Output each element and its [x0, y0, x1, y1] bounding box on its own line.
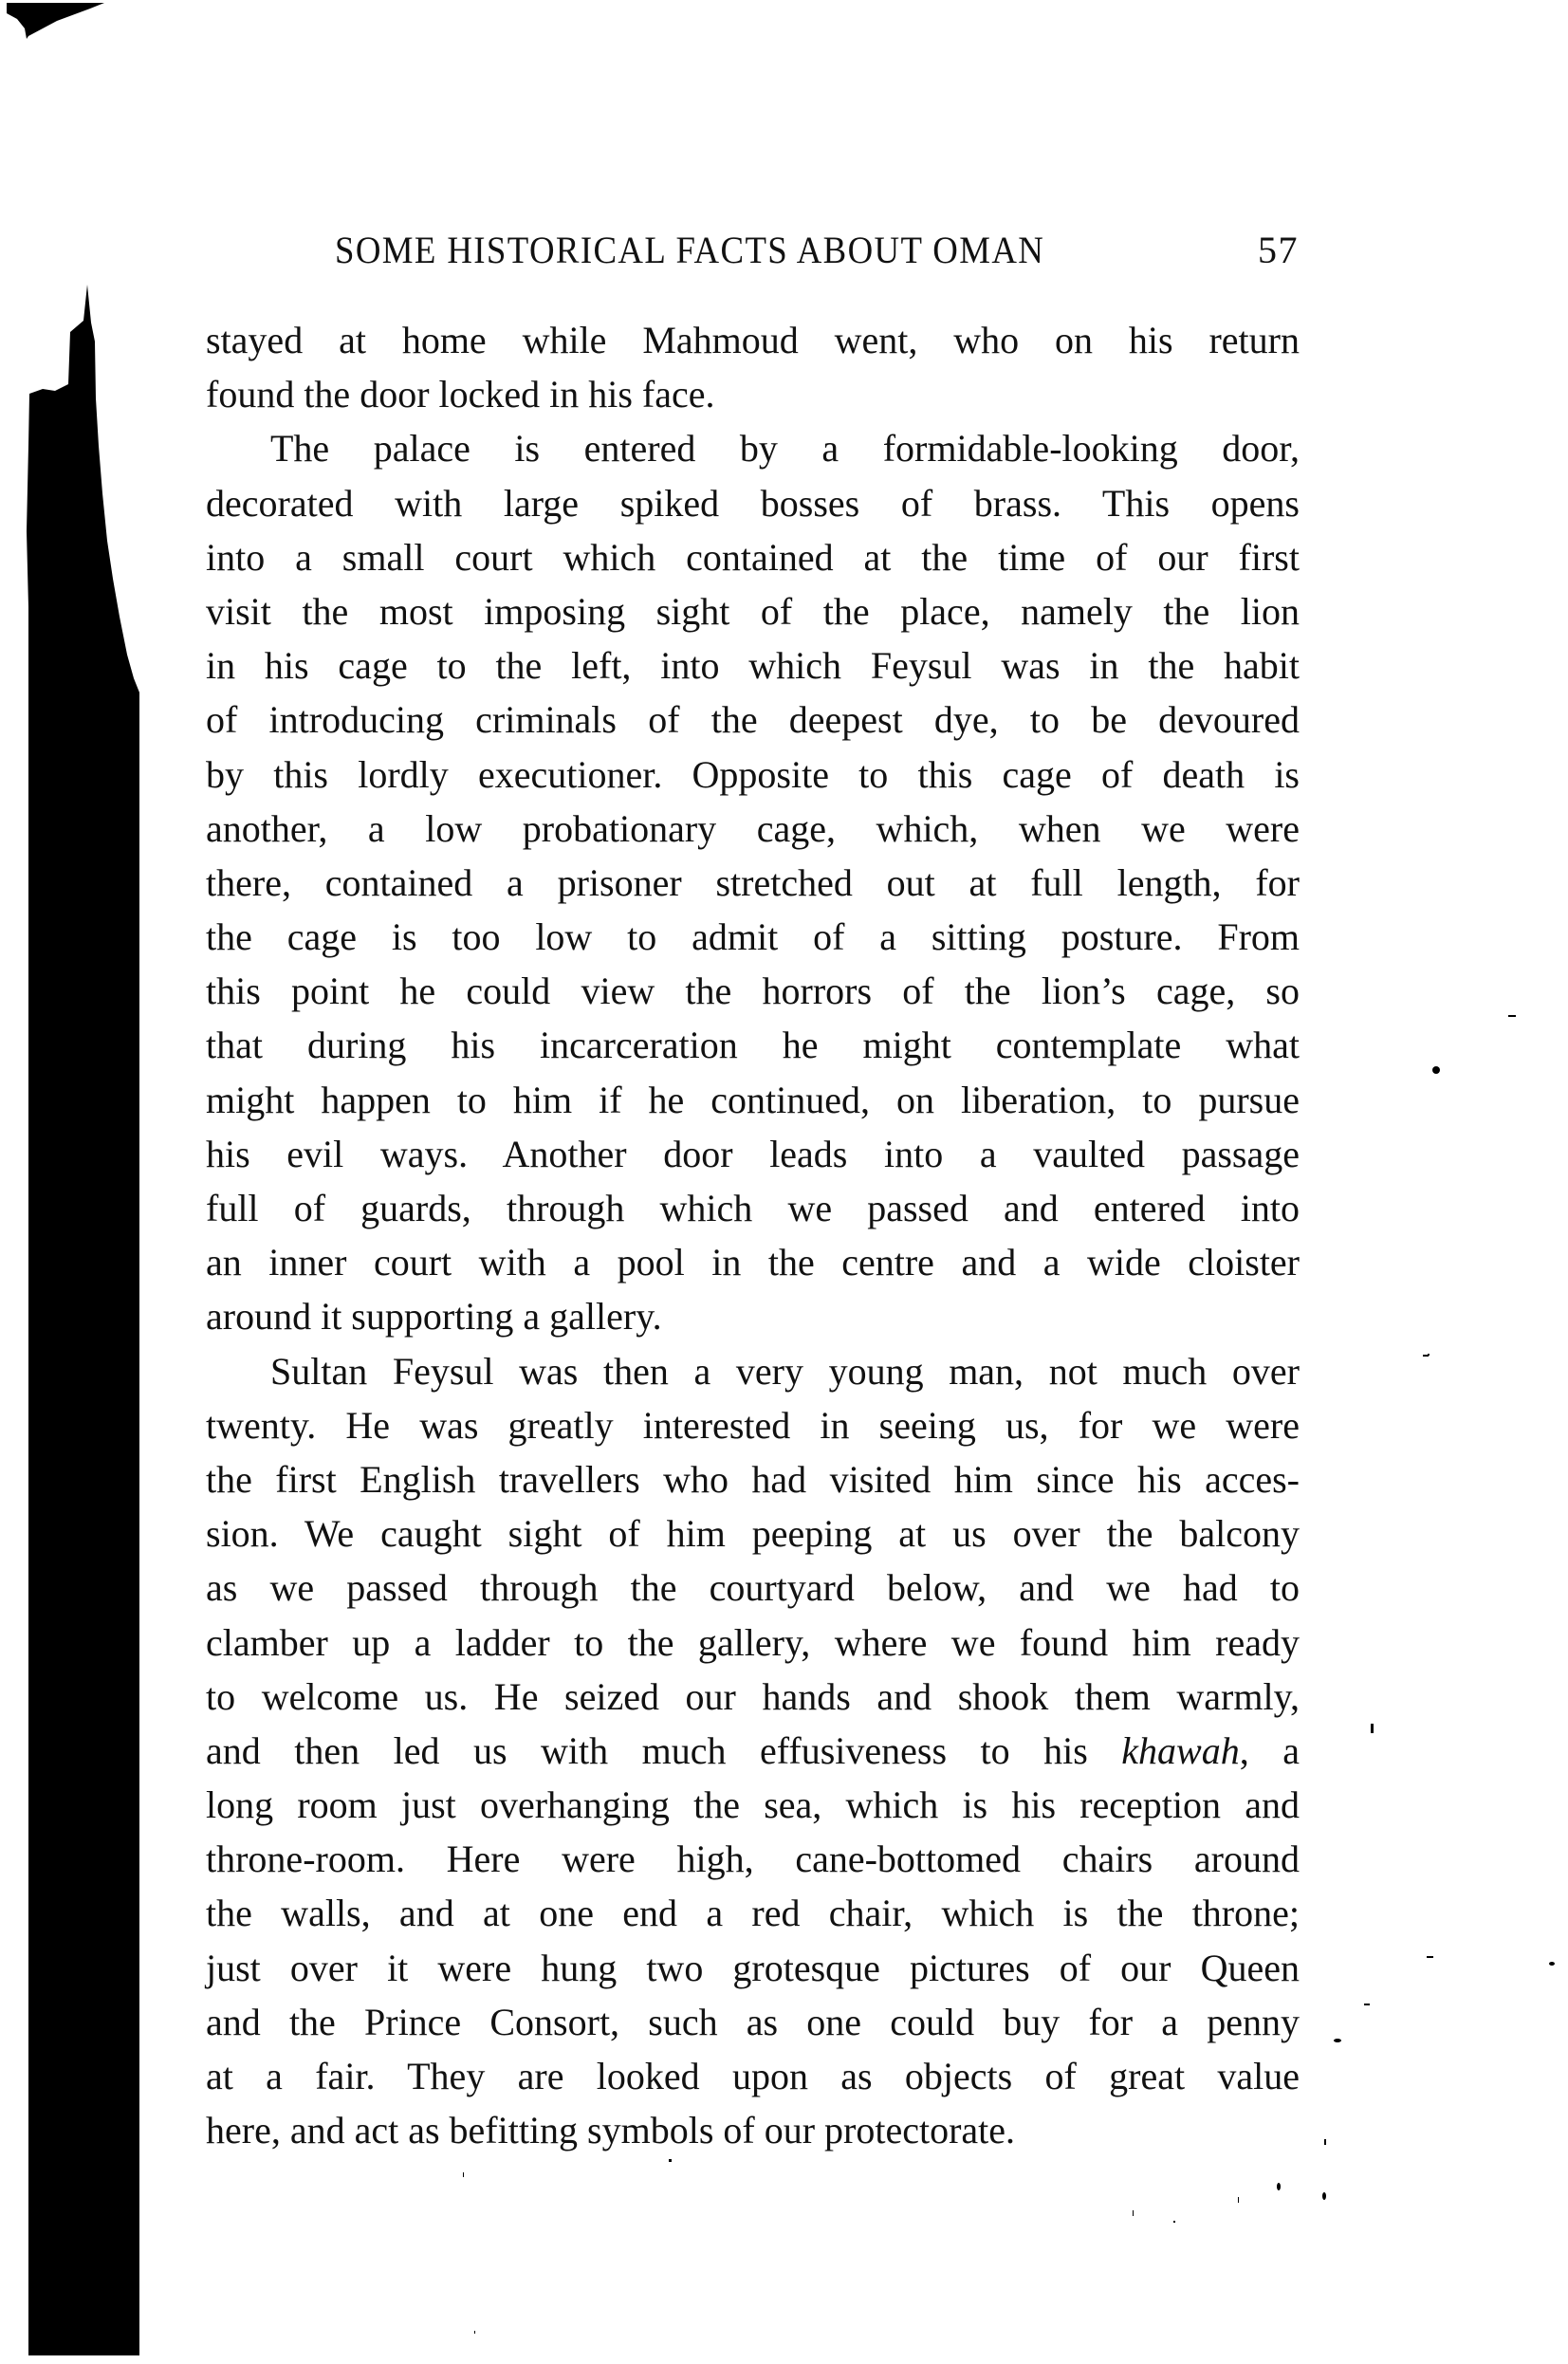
italic-term-khawah: khawah: [1121, 1729, 1239, 1772]
binding-shadow: [0, 0, 190, 2364]
running-title: SOME HISTORICAL FACTS ABOUT OMAN: [335, 228, 1044, 273]
text-line: as we passed through the courtyard below…: [206, 1561, 1300, 1615]
text-line: his evil ways. Another door leads into a…: [206, 1127, 1300, 1181]
text-line: that during his incarceration he might c…: [206, 1018, 1300, 1072]
body-text: stayed at home while Mahmoud went, who o…: [206, 313, 1300, 2157]
text-line: sion. We caught sight of him peeping at …: [206, 1506, 1300, 1561]
text-run: and then led us with much effusiveness t…: [206, 1729, 1121, 1772]
paragraph-first-line: Sultan Feysul was then a very young man,…: [206, 1344, 1300, 1398]
text-line: and the Prince Consort, such as one coul…: [206, 1995, 1300, 2049]
text-line: found the door locked in his face.: [206, 367, 1300, 421]
running-head: SOME HISTORICAL FACTS ABOUT OMAN 57: [335, 228, 1299, 273]
text-line: this point he could view the horrors of …: [206, 964, 1300, 1018]
text-line: to welcome us. He seized our hands and s…: [206, 1670, 1300, 1724]
text-line-with-italic: and then led us with much effusiveness t…: [206, 1724, 1300, 1778]
text-run: , a: [1240, 1729, 1300, 1772]
text-line: in his cage to the left, into which Feys…: [206, 638, 1300, 693]
text-line: visit the most imposing sight of the pla…: [206, 584, 1300, 638]
text-line: throne-room. Here were high, cane-bottom…: [206, 1832, 1300, 1886]
paragraph-first-line: The palace is entered by a formidable-lo…: [206, 421, 1300, 475]
text-line: decorated with large spiked bosses of br…: [206, 476, 1300, 530]
text-line: the cage is too low to admit of a sittin…: [206, 910, 1300, 964]
text-line: at a fair. They are looked upon as objec…: [206, 2049, 1300, 2103]
text-line: stayed at home while Mahmoud went, who o…: [206, 313, 1300, 367]
text-line: the first English travellers who had vis…: [206, 1452, 1300, 1506]
text-line: there, contained a prisoner stretched ou…: [206, 856, 1300, 910]
page-number: 57: [1258, 228, 1299, 273]
text-line: twenty. He was greatly interested in see…: [206, 1398, 1300, 1452]
text-line: into a small court which contained at th…: [206, 530, 1300, 584]
text-line: around it supporting a gallery.: [206, 1289, 1300, 1343]
text-line: here, and act as befitting symbols of ou…: [206, 2103, 1300, 2157]
text-line: the walls, and at one end a red chair, w…: [206, 1886, 1300, 1940]
text-line: might happen to him if he continued, on …: [206, 1073, 1300, 1127]
text-line: an inner court with a pool in the centre…: [206, 1235, 1300, 1289]
text-line: long room just overhanging the sea, whic…: [206, 1778, 1300, 1832]
text-line: clamber up a ladder to the gallery, wher…: [206, 1616, 1300, 1670]
text-line: by this lordly executioner. Opposite to …: [206, 748, 1300, 802]
text-line: full of guards, through which we passed …: [206, 1181, 1300, 1235]
text-line: of introducing criminals of the deepest …: [206, 693, 1300, 747]
text-line: just over it were hung two grotesque pic…: [206, 1941, 1300, 1995]
text-line: another, a low probationary cage, which,…: [206, 802, 1300, 856]
